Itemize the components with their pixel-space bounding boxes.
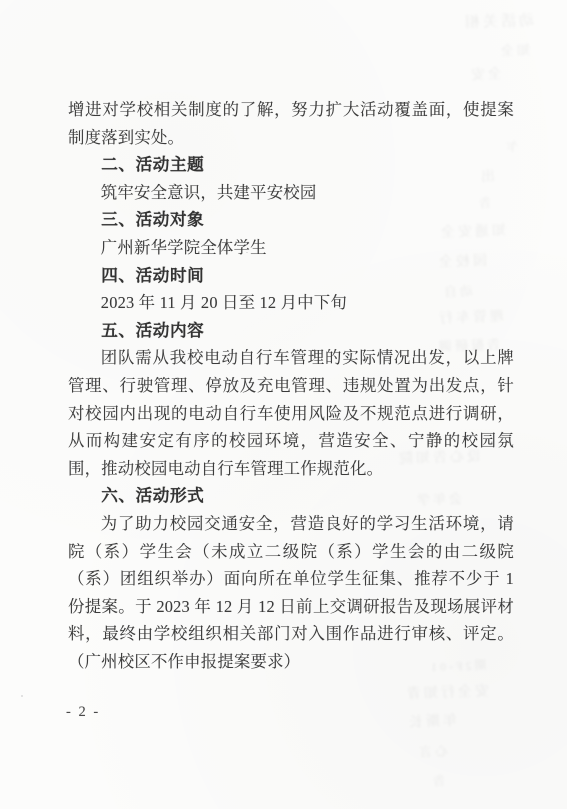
section-heading-activity-format: 六、活动形式 <box>68 482 514 510</box>
section-body-activity-theme: 筑牢安全意识，共建平安校园 <box>68 179 514 207</box>
intro-continuation-paragraph: 增进对学校相关制度的了解，努力扩大活动覆盖面，使提案制度落到实处。 <box>68 96 514 151</box>
bleed-through-mark: 年斯长 <box>406 710 458 732</box>
bleed-through-mark: 全安 <box>468 63 503 84</box>
scan-speck <box>21 695 23 697</box>
scan-speck <box>246 252 248 253</box>
page-number: - 2 - <box>66 704 100 721</box>
section-heading-activity-theme: 二、活动主题 <box>68 151 514 179</box>
document-body: 增进对学校相关制度的了解，努力扩大活动覆盖面，使提案制度落到实处。 二、活动主题… <box>68 96 514 675</box>
document-page: 增进对学校相关制度的了解，努力扩大活动覆盖面，使提案制度落到实处。 二、活动主题… <box>0 0 567 809</box>
bleed-through-mark: 告 <box>430 772 446 790</box>
section-body-activity-time: 2023 年 11 月 20 日至 12 月中下旬 <box>68 289 514 317</box>
section-body-activity-format: 为了助力校园交通安全，营造良好的学习生活环境，请院（系）学生会（未成立二级院（系… <box>68 510 514 676</box>
bleed-through-mark: 安全行知青 <box>404 681 490 704</box>
section-heading-activity-content: 五、活动内容 <box>68 317 514 345</box>
bleed-through-mark: 知全 <box>498 39 531 59</box>
bleed-through-mark: 心言 <box>416 740 449 760</box>
bleed-through-mark: 动活关相 <box>462 9 535 33</box>
section-body-activity-content: 团队需从我校电动自行车管理的实际情况出发，以上牌管理、行驶管理、停放及充电管理、… <box>68 344 514 482</box>
section-body-activity-target: 广州新华学院全体学生 <box>68 234 514 262</box>
section-heading-activity-target: 三、活动对象 <box>68 206 514 234</box>
section-heading-activity-time: 四、活动时间 <box>68 262 514 290</box>
